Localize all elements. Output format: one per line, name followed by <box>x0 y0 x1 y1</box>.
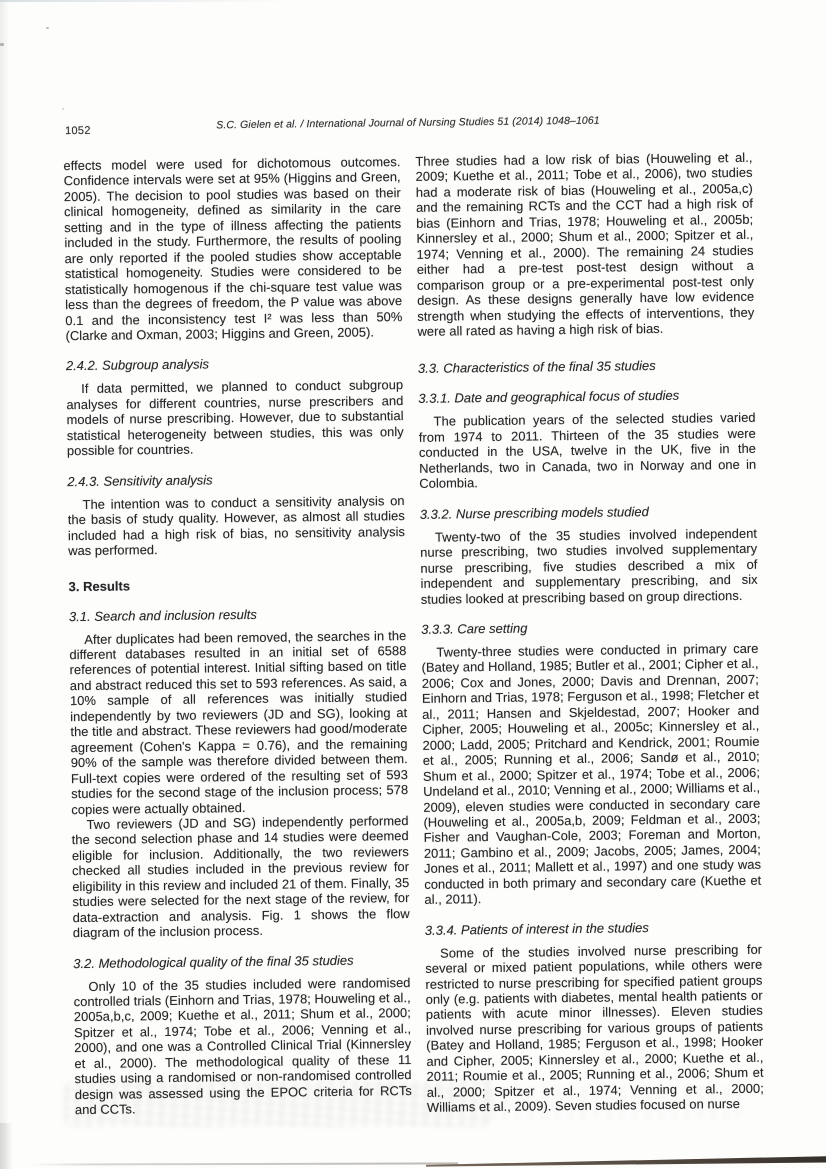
paragraph-risk-of-bias: Three studies had a low risk of bias (Ho… <box>415 150 754 340</box>
scan-speck <box>62 108 64 110</box>
section-heading-3-3-1: 3.3.1. Date and geographical focus of st… <box>418 387 755 406</box>
running-head-title: S.C. Gielen et al. / International Journ… <box>63 112 753 133</box>
paragraph-sensitivity-analysis: The intention was to conduct a sensitivi… <box>68 493 406 559</box>
two-column-body: effects model were used for dichotomous … <box>63 150 765 1120</box>
paragraph-patients-of-interest: Some of the studies involved nurse presc… <box>425 941 764 1115</box>
scan-speck <box>46 27 49 29</box>
scan-edge-bottom-wedge <box>426 1155 826 1167</box>
scan-corner-shadow <box>0 1123 13 1169</box>
paragraph-prescribing-models: Twenty-two of the 35 studies involved in… <box>420 525 758 606</box>
page-number: 1052 <box>65 125 91 137</box>
section-heading-3-3-3: 3.3.3. Care setting <box>421 618 758 637</box>
paragraph-methodological-quality: Only 10 of the 35 studies included were … <box>73 975 412 1118</box>
scan-edge-bottom-line <box>28 1162 458 1165</box>
scan-speck <box>0 43 4 46</box>
scanned-paper-page: { "page": { "number": "1052", "running_h… <box>0 0 826 1169</box>
section-heading-3-3-2: 3.3.2. Nurse prescribing models studied <box>420 502 757 521</box>
scan-edge-left-shadow <box>0 0 9 1169</box>
section-heading-3-1: 3.1. Search and inclusion results <box>69 605 406 624</box>
running-header: 1052 S.C. Gielen et al. / International … <box>63 112 753 138</box>
paragraph-dichotomous-outcomes: effects model were used for dichotomous … <box>63 154 402 344</box>
paper-page-content: 1052 S.C. Gielen et al. / International … <box>63 112 765 1120</box>
section-heading-3-results: 3. Results <box>69 575 406 594</box>
section-heading-2-4-3: 2.4.3. Sensitivity analysis <box>67 470 404 489</box>
section-heading-2-4-2: 2.4.2. Subgroup analysis <box>66 354 403 373</box>
paragraph-care-setting: Twenty-three studies were conducted in p… <box>421 641 761 908</box>
right-column: Three studies had a low risk of bias (Ho… <box>415 150 764 1116</box>
left-column: effects model were used for dichotomous … <box>63 154 412 1120</box>
section-heading-3-3-4: 3.3.4. Patients of interest in the studi… <box>425 918 762 937</box>
scan-edge-top-line <box>0 0 292 2</box>
section-heading-3-3: 3.3. Characteristics of the final 35 stu… <box>418 357 755 376</box>
paragraph-subgroup-analysis: If data permitted, we planned to conduct… <box>66 377 404 458</box>
paragraph-search-results-2: Two reviewers (JD and SG) independently … <box>71 813 409 941</box>
paragraph-date-geography: The publication years of the selected st… <box>419 410 757 491</box>
paragraph-search-results-1: After duplicates had been removed, the s… <box>69 628 408 818</box>
section-heading-3-2: 3.2. Methodological quality of the final… <box>73 952 410 971</box>
